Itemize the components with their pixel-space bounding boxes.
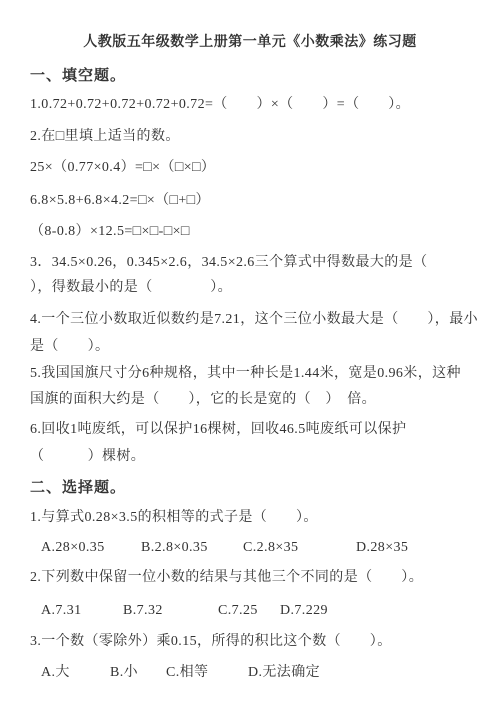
section2-heading: 二、选择题。 [30,478,500,498]
option-a: A.大 [41,663,110,683]
fill-blank-q5-line1: 5.我国国旗尺寸分6种规格，其中一种长是1.44米，宽是0.96米，这种 [30,364,500,384]
option-c: C.2.8×35 [243,538,356,558]
fill-blank-q4-line1: 4.一个三位小数取近似数约是7.21，这个三位小数最大是（ ），最小 [30,310,500,330]
option-d: D.28×35 [356,538,408,558]
choice-q1: 1.与算式0.28×3.5的积相等的式子是（ ）。 [30,508,500,528]
fill-blank-q4-line2: 是（ ）。 [30,337,500,357]
fill-blank-q1: 1.0.72+0.72+0.72+0.72+0.72=（ ）×（ ）=（ ）。 [30,95,500,115]
fill-blank-q2-eq1: 25×（0.77×0.4）=□×（□×□） [30,158,500,178]
choice-q2: 2.下列数中保留一位小数的结果与其他三个不同的是（ ）。 [30,568,500,588]
option-c: C.7.25 [218,601,280,621]
fill-blank-q3-line2: ），得数最小的是（ ）。 [30,278,500,298]
fill-blank-q2-intro: 2.在□里填上适当的数。 [30,127,500,147]
choice-q2-options: A.7.31 B.7.32 C.7.25 D.7.229 [30,601,500,621]
choice-q3: 3.一个数（零除外）乘0.15，所得的积比这个数（ ）。 [30,632,500,652]
worksheet-body: 一、填空题。 1.0.72+0.72+0.72+0.72+0.72=（ ）×（ … [0,66,500,683]
fill-blank-q6-line2: （ ）棵树。 [30,447,500,467]
worksheet-title: 人教版五年级数学上册第一单元《小数乘法》练习题 [0,33,500,53]
fill-blank-q6-line1: 6.回收1吨废纸，可以保护16棵树，回收46.5吨废纸可以保护 [30,420,500,440]
fill-blank-q2-eq3: （8-0.8）×12.5=□×□-□×□ [30,222,500,242]
option-b: B.小 [110,663,166,683]
option-d: D.7.229 [280,601,328,621]
fill-blank-q2-eq2: 6.8×5.8+6.8×4.2=□×（□+□） [30,191,500,211]
option-d: D.无法确定 [248,663,320,683]
fill-blank-q5-line2: 国旗的面积大约是（ ），它的长是宽的（ ） 倍。 [30,390,500,410]
fill-blank-q3-line1: 3．34.5×0.26，0.345×2.6，34.5×2.6三个算式中得数最大的… [30,253,500,273]
option-a: A.28×0.35 [41,538,141,558]
option-b: B.2.8×0.35 [141,538,243,558]
section1-heading: 一、填空题。 [30,66,500,86]
choice-q3-options: A.大 B.小 C.相等 D.无法确定 [30,663,500,683]
option-b: B.7.32 [123,601,218,621]
worksheet-page: 人教版五年级数学上册第一单元《小数乘法》练习题 一、填空题。 1.0.72+0.… [0,0,500,707]
option-a: A.7.31 [41,601,123,621]
option-c: C.相等 [166,663,248,683]
choice-q1-options: A.28×0.35 B.2.8×0.35 C.2.8×35 D.28×35 [30,538,500,558]
